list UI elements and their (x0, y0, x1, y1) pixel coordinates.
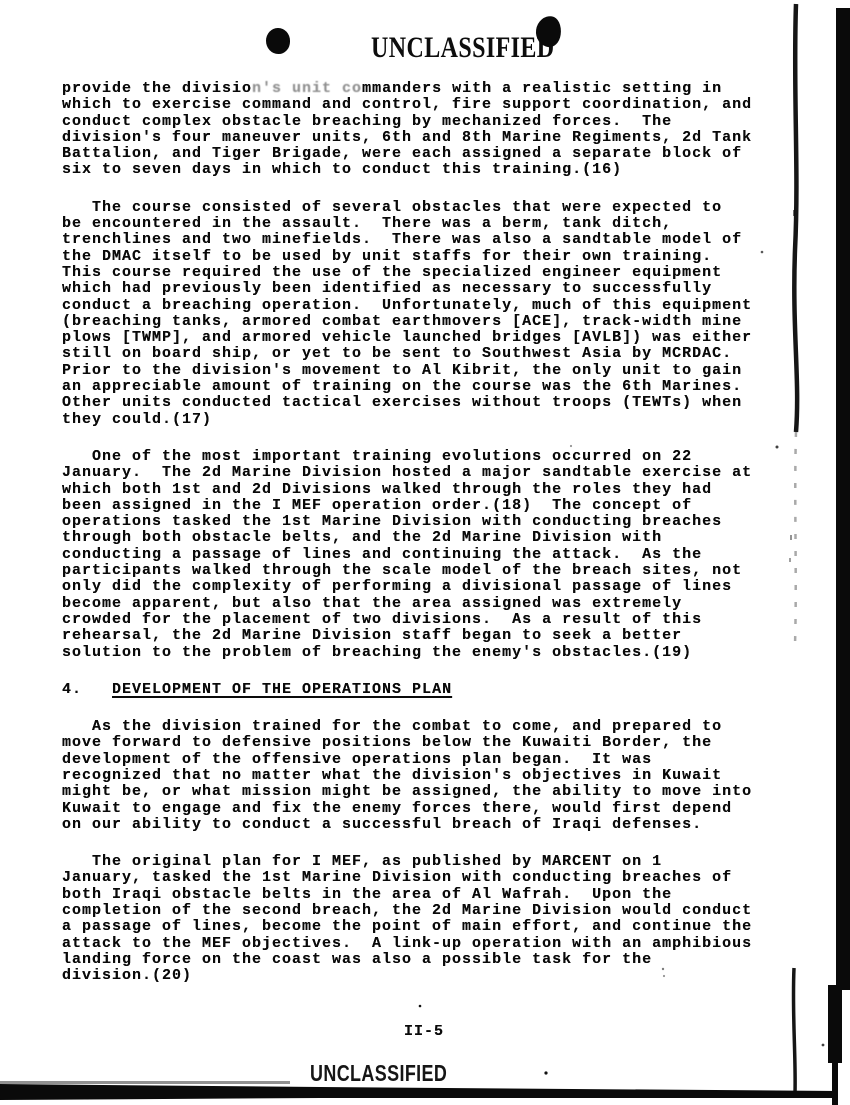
scan-band-right (836, 8, 850, 990)
classification-header: UNCLASSIFIED (371, 33, 555, 63)
section-heading-title: DEVELOPMENT OF THE OPERATIONS PLAN (112, 681, 452, 698)
paragraph-4: As the division trained for the combat t… (62, 719, 752, 833)
page-edge-line-bottom (793, 968, 795, 1094)
scan-band-right-tail (832, 1058, 838, 1105)
scan-band-bottom (0, 1084, 838, 1100)
dust-speck (761, 251, 764, 254)
dust-speck (822, 1044, 825, 1047)
dust-speck (544, 1071, 547, 1074)
paragraph-1: provide the division's unit commanders w… (62, 81, 752, 179)
document-page: UNCLASSIFIED provide the division's unit… (0, 0, 850, 1105)
page-number: II-5 (404, 1024, 444, 1040)
classification-footer: UNCLASSIFIED (310, 1061, 447, 1085)
hole-punch-dot-icon (266, 28, 290, 54)
dust-speck (793, 210, 795, 216)
paragraph-3: One of the most important training evolu… (62, 449, 752, 661)
page-edge-line-top (794, 4, 797, 432)
section-heading: 4. DEVELOPMENT OF THE OPERATIONS PLAN (62, 682, 752, 698)
dust-speck (789, 558, 791, 562)
dust-speck (776, 446, 779, 449)
scan-band-right-lower (828, 985, 842, 1063)
paragraph-5: The original plan for I MEF, as publishe… (62, 854, 752, 984)
dust-speck (790, 535, 792, 540)
scan-band-bottom-shadow (0, 1081, 290, 1084)
section-heading-number: 4. (62, 681, 112, 698)
document-body: provide the division's unit commanders w… (62, 81, 752, 1006)
paragraph-1-text: provide the divisio (62, 80, 252, 97)
paragraph-2: The course consisted of several obstacle… (62, 200, 752, 428)
page-edge-line-middle (795, 432, 796, 645)
paragraph-1-smudged-text: n's unit co (252, 80, 362, 97)
